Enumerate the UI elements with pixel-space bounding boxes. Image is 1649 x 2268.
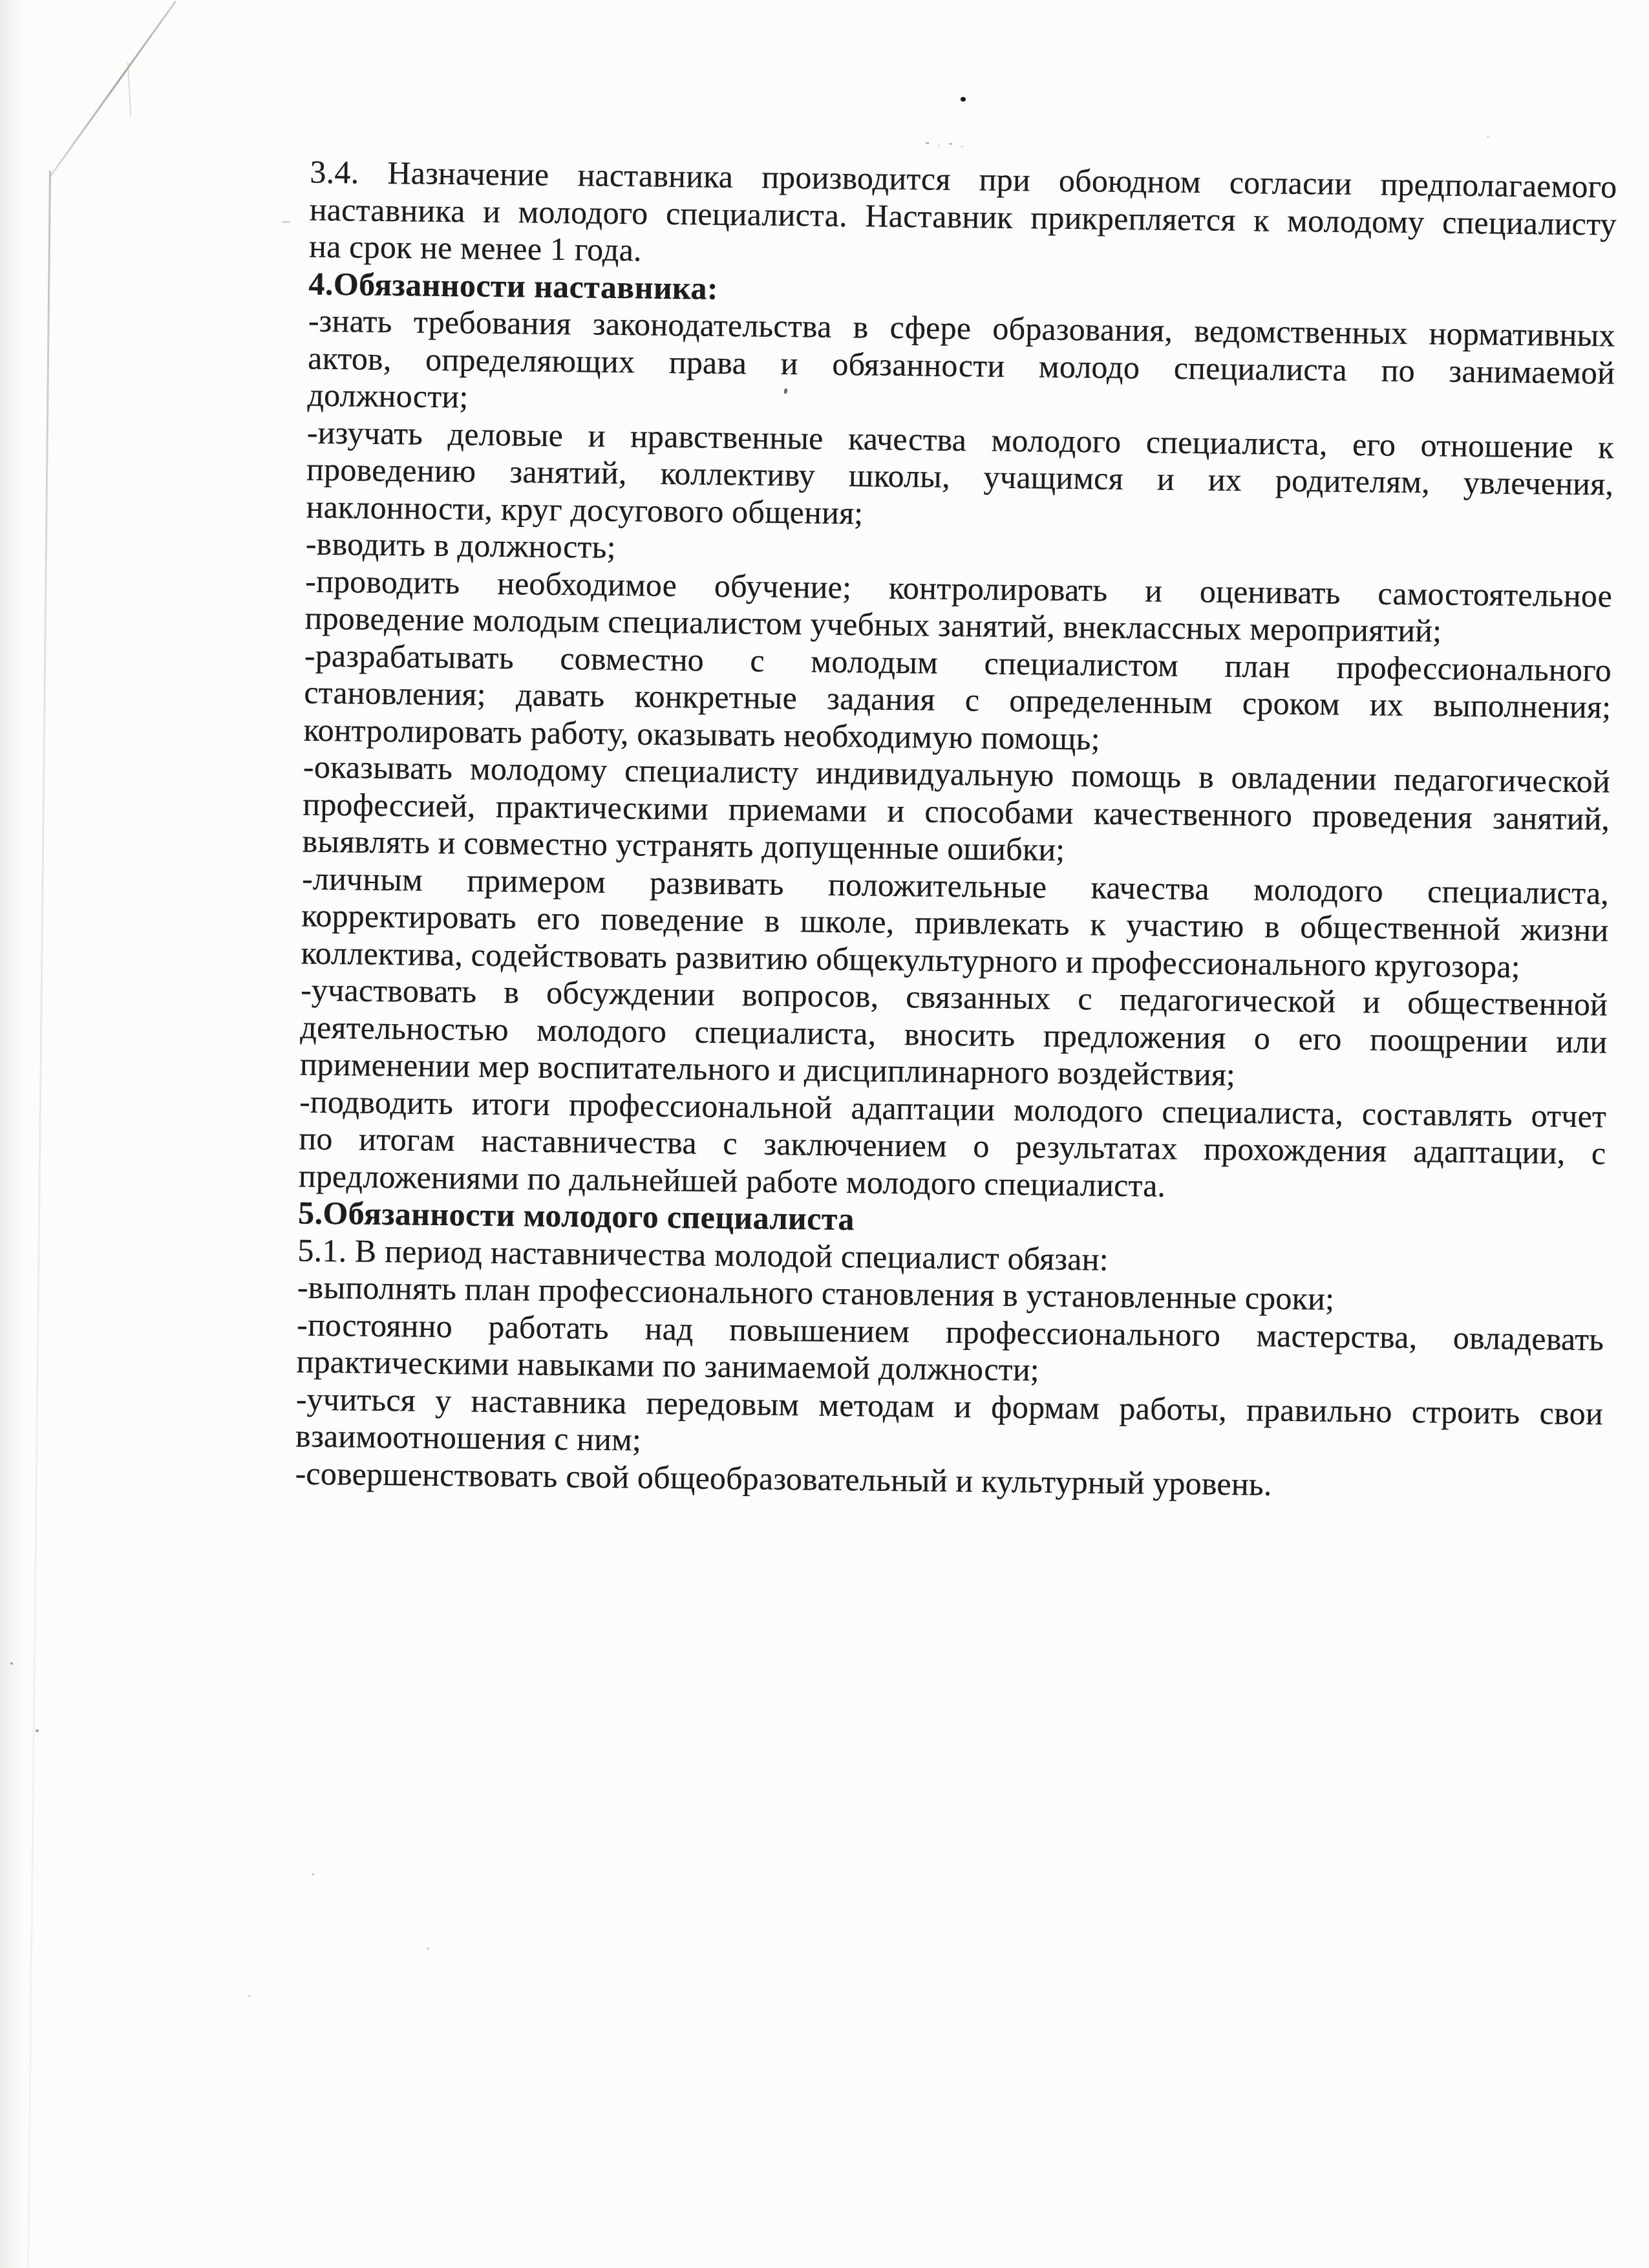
scan-edge-shadow [0,0,23,2268]
paper-crease-diagonal [50,1,177,177]
dust-speck [1487,135,1489,138]
dust-speck [312,1873,314,1876]
paper-crease-vertical [27,171,50,2268]
dust-speck [427,1947,429,1950]
pencil-smudge [926,142,929,144]
dust-speck [36,1729,39,1732]
document-text-block: 3.4. Назначение наставника производится … [295,154,1617,1507]
ink-speck [961,97,966,102]
dust-speck [10,1662,13,1665]
paper-crease-short [127,62,131,116]
scanned-page: 3.4. Назначение наставника производится … [0,0,1649,2268]
ink-speck [282,221,290,223]
dust-speck [248,1995,251,1997]
